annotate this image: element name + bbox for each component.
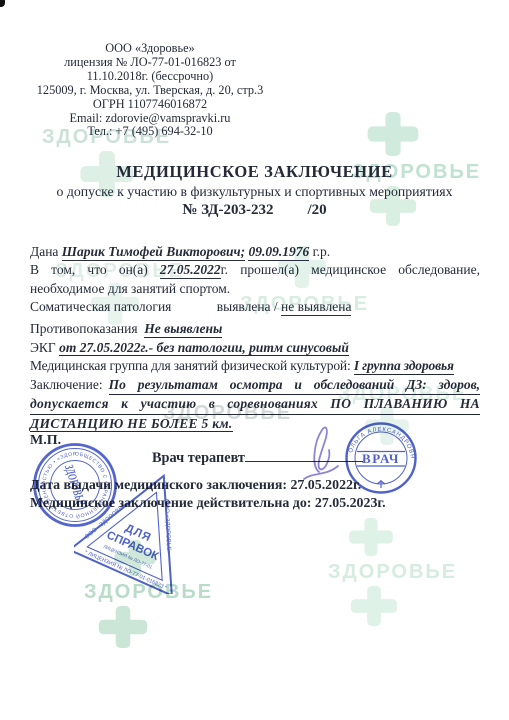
document-number: № ЗД-203-232 [182,202,273,218]
health-cross-icon [350,586,398,626]
health-group-value: I группа здоровья [354,358,454,375]
doctor-round-stamp: ОЛЬГА АЛЕКСАНДРОВНА ВРАЧ [344,421,418,495]
ecg-label: ЭКГ [30,340,56,355]
exam-line-pre: В том, что он(а) [30,262,148,277]
triangle-stamp: ДЛЯ СПРАВОК ЛИЦЕНЗИЯ № ЛО-77-01 ООО «ЗДО… [74,460,208,594]
health-cross-icon [366,112,420,156]
somatic-option-not-found: не выявлена [281,299,351,316]
watermark-unit: ЗДОРОВЬЕ [328,518,457,631]
conclusion-value-line3: ДИСТАНЦИЮ НЕ БОЛЕЕ 5 км. [30,416,233,433]
org-name: ООО «Здоровье» [35,42,265,56]
doctor-signature [288,422,346,482]
org-license-line1: лицензия № ЛО-77-01-016823 от [35,56,265,70]
health-group-line: Медицинская группа для занятий физическо… [30,357,480,375]
ecg-line: ЭКГ от 27.05.2022г.- без патологии, ритм… [30,339,480,357]
org-header: ООО «Здоровье» лицензия № ЛО-77-01-01682… [35,42,265,139]
conclusion-value-line1: По результатам осмотра и обследований ДЗ… [109,376,480,395]
somatic-option-found: выявлена / [217,299,278,314]
conclusion-line1: Заключение: По результатам осмотра и обс… [30,376,480,395]
birth-date-value: 09.09.1976 [248,244,309,261]
medical-certificate-page: ЗДОРОВЬЕ ЗДОРОВЬЕ ЗДОРОВЬЕ ЗДОРОВЬЕ ЗДОР… [0,0,509,720]
birth-suffix: г.р. [313,244,331,259]
org-ogrn: ОГРН 1107746016872 [35,98,265,112]
certificate-body: Дана Шарик Тимофей Викторович; 09.09.197… [30,243,480,433]
health-cross-icon [96,606,150,648]
document-number-line: № ЗД-203-232/20 [30,202,479,219]
exam-line-continued: необходимое для занятий спортом. [30,280,480,298]
patient-line: Дана Шарик Тимофей Викторович; 09.09.197… [30,243,480,261]
somatic-line: Соматическая патология выявлена / не выя… [30,298,480,316]
contraindications-label: Противопоказания [30,321,138,336]
health-cross-icon [346,518,396,556]
contraindications-line: Противопоказания Не выявлены [30,320,480,338]
issued-label: Дана [30,244,58,259]
org-email: Email: zdorovie@vamspravki.ru [35,112,265,126]
ecg-value: от 27.05.2022г.- без патологии, ритм син… [59,340,349,357]
document-number-suffix: /20 [307,202,326,218]
org-address: 125009, г. Москва, ул. Тверская, д. 20, … [35,84,265,98]
document-title: МЕДИЦИНСКОЕ ЗАКЛЮЧЕНИЕ [30,162,479,182]
org-license-line2: 11.10.2018г. (бессрочно) [35,70,265,84]
document-subtitle: о допуске к участию в физкультурных и сп… [30,184,479,200]
title-block: МЕДИЦИНСКОЕ ЗАКЛЮЧЕНИЕ о допуске к участ… [30,162,479,219]
watermark-text: ЗДОРОВЬЕ [328,561,457,584]
conclusion-line2: допускается к участию в соревнованиях ПО… [30,395,480,414]
conclusion-label: Заключение: [30,376,103,395]
contraindications-value: Не выявлены [144,321,222,338]
patient-name-value: Шарик Тимофей Викторович; [62,244,245,261]
health-group-label: Медицинская группа для занятий физическо… [30,358,351,373]
scan-corner-artifact [0,0,5,7]
exam-date-value: 27.05.2022 [160,262,221,279]
exam-line-post: г. прошел(а) медицинское обследование, [221,262,480,277]
org-phone: Тел.: +7 (495) 694-32-10 [35,125,265,139]
exam-line: В том, что он(а) 27.05.2022г. прошел(а) … [30,261,480,279]
doctor-stamp-center-text: ВРАЧ [362,451,400,466]
somatic-label: Соматическая патология [30,299,171,314]
